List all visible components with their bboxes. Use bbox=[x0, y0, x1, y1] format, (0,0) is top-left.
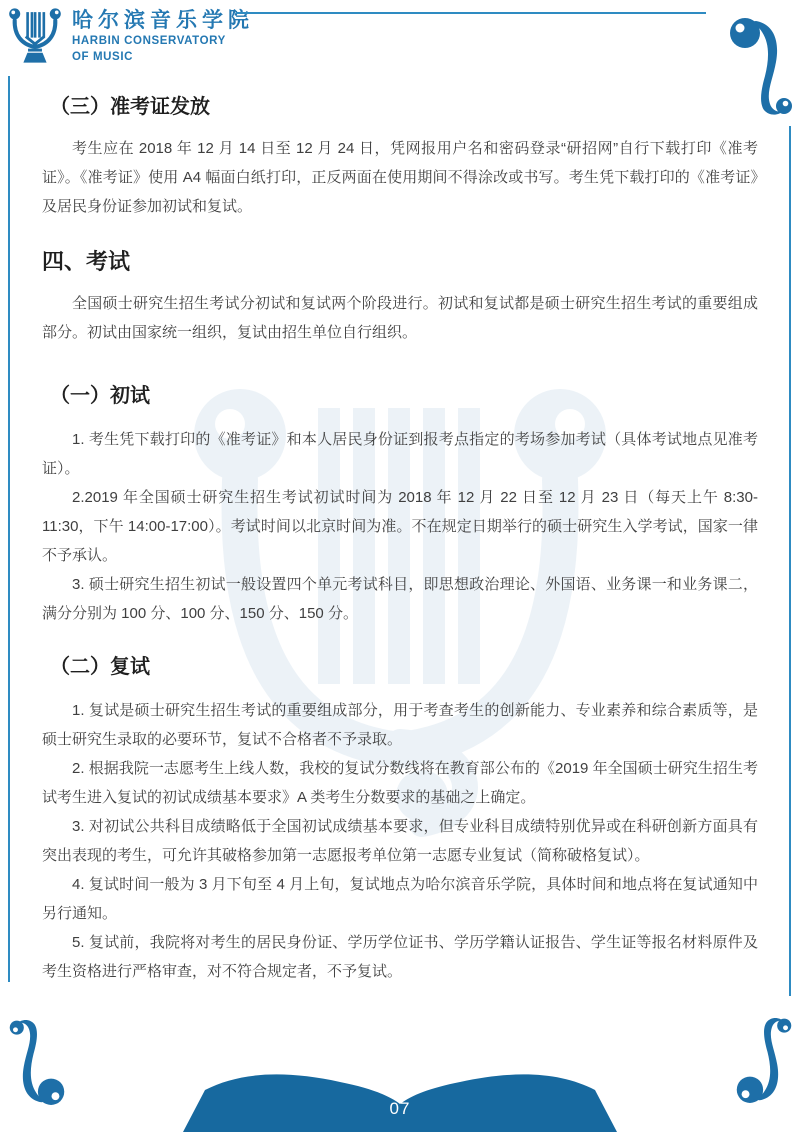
right-border-line bbox=[789, 126, 791, 996]
page-number: 07 bbox=[180, 1099, 620, 1119]
paragraph-exam: 全国硕士研究生招生考试分初试和复试两个阶段进行。初试和复试都是硕士研究生招生考试… bbox=[42, 289, 758, 347]
scroll-ornament-bottom-right-icon bbox=[735, 1002, 793, 1116]
list-item: 2. 根据我院一志愿考生上线人数，我校的复试分数线将在教育部公布的《2019 年… bbox=[42, 754, 758, 812]
left-border-line bbox=[8, 76, 10, 982]
document-body: （三）准考证发放 考生应在 2018 年 12 月 14 日至 12 月 24 … bbox=[42, 0, 758, 986]
list-item: 5. 复试前，我院将对考生的居民身份证、学历学位证书、学历学籍认证报告、学生证等… bbox=[42, 928, 758, 986]
list-item: 2.2019 年全国硕士研究生招生考试初试时间为 2018 年 12 月 22 … bbox=[42, 483, 758, 570]
section-heading-reexam: （二）复试 bbox=[50, 654, 758, 680]
list-item: 3. 对初试公共科目成绩略低于全国初试成绩基本要求，但专业科目成绩特别优异或在科… bbox=[42, 812, 758, 870]
list-item: 1. 复试是硕士研究生招生考试的重要组成部分，用于考查考生的创新能力、专业素养和… bbox=[42, 696, 758, 754]
chapter-heading-exam: 四、考试 bbox=[42, 247, 758, 277]
paragraph-ticket: 考生应在 2018 年 12 月 14 日至 12 月 24 日，凭网报用户名和… bbox=[42, 134, 758, 221]
scroll-ornament-bottom-left-icon bbox=[8, 1004, 66, 1118]
open-book-footer: 07 bbox=[180, 1068, 620, 1132]
section-heading-ticket: （三）准考证发放 bbox=[50, 94, 758, 120]
section-heading-first-exam: （一）初试 bbox=[50, 383, 758, 409]
list-item: 3. 硕士研究生招生初试一般设置四个单元考试科目，即思想政治理论、外国语、业务课… bbox=[42, 570, 758, 628]
list-item: 4. 复试时间一般为 3 月下旬至 4 月上旬，复试地点为哈尔滨音乐学院，具体时… bbox=[42, 870, 758, 928]
document-page: 哈尔滨音乐学院 HARBIN CONSERVATORY OF MUSIC bbox=[0, 0, 800, 1132]
list-item: 1. 考生凭下载打印的《准考证》和本人居民身份证到报考点指定的考场参加考试（具体… bbox=[42, 425, 758, 483]
